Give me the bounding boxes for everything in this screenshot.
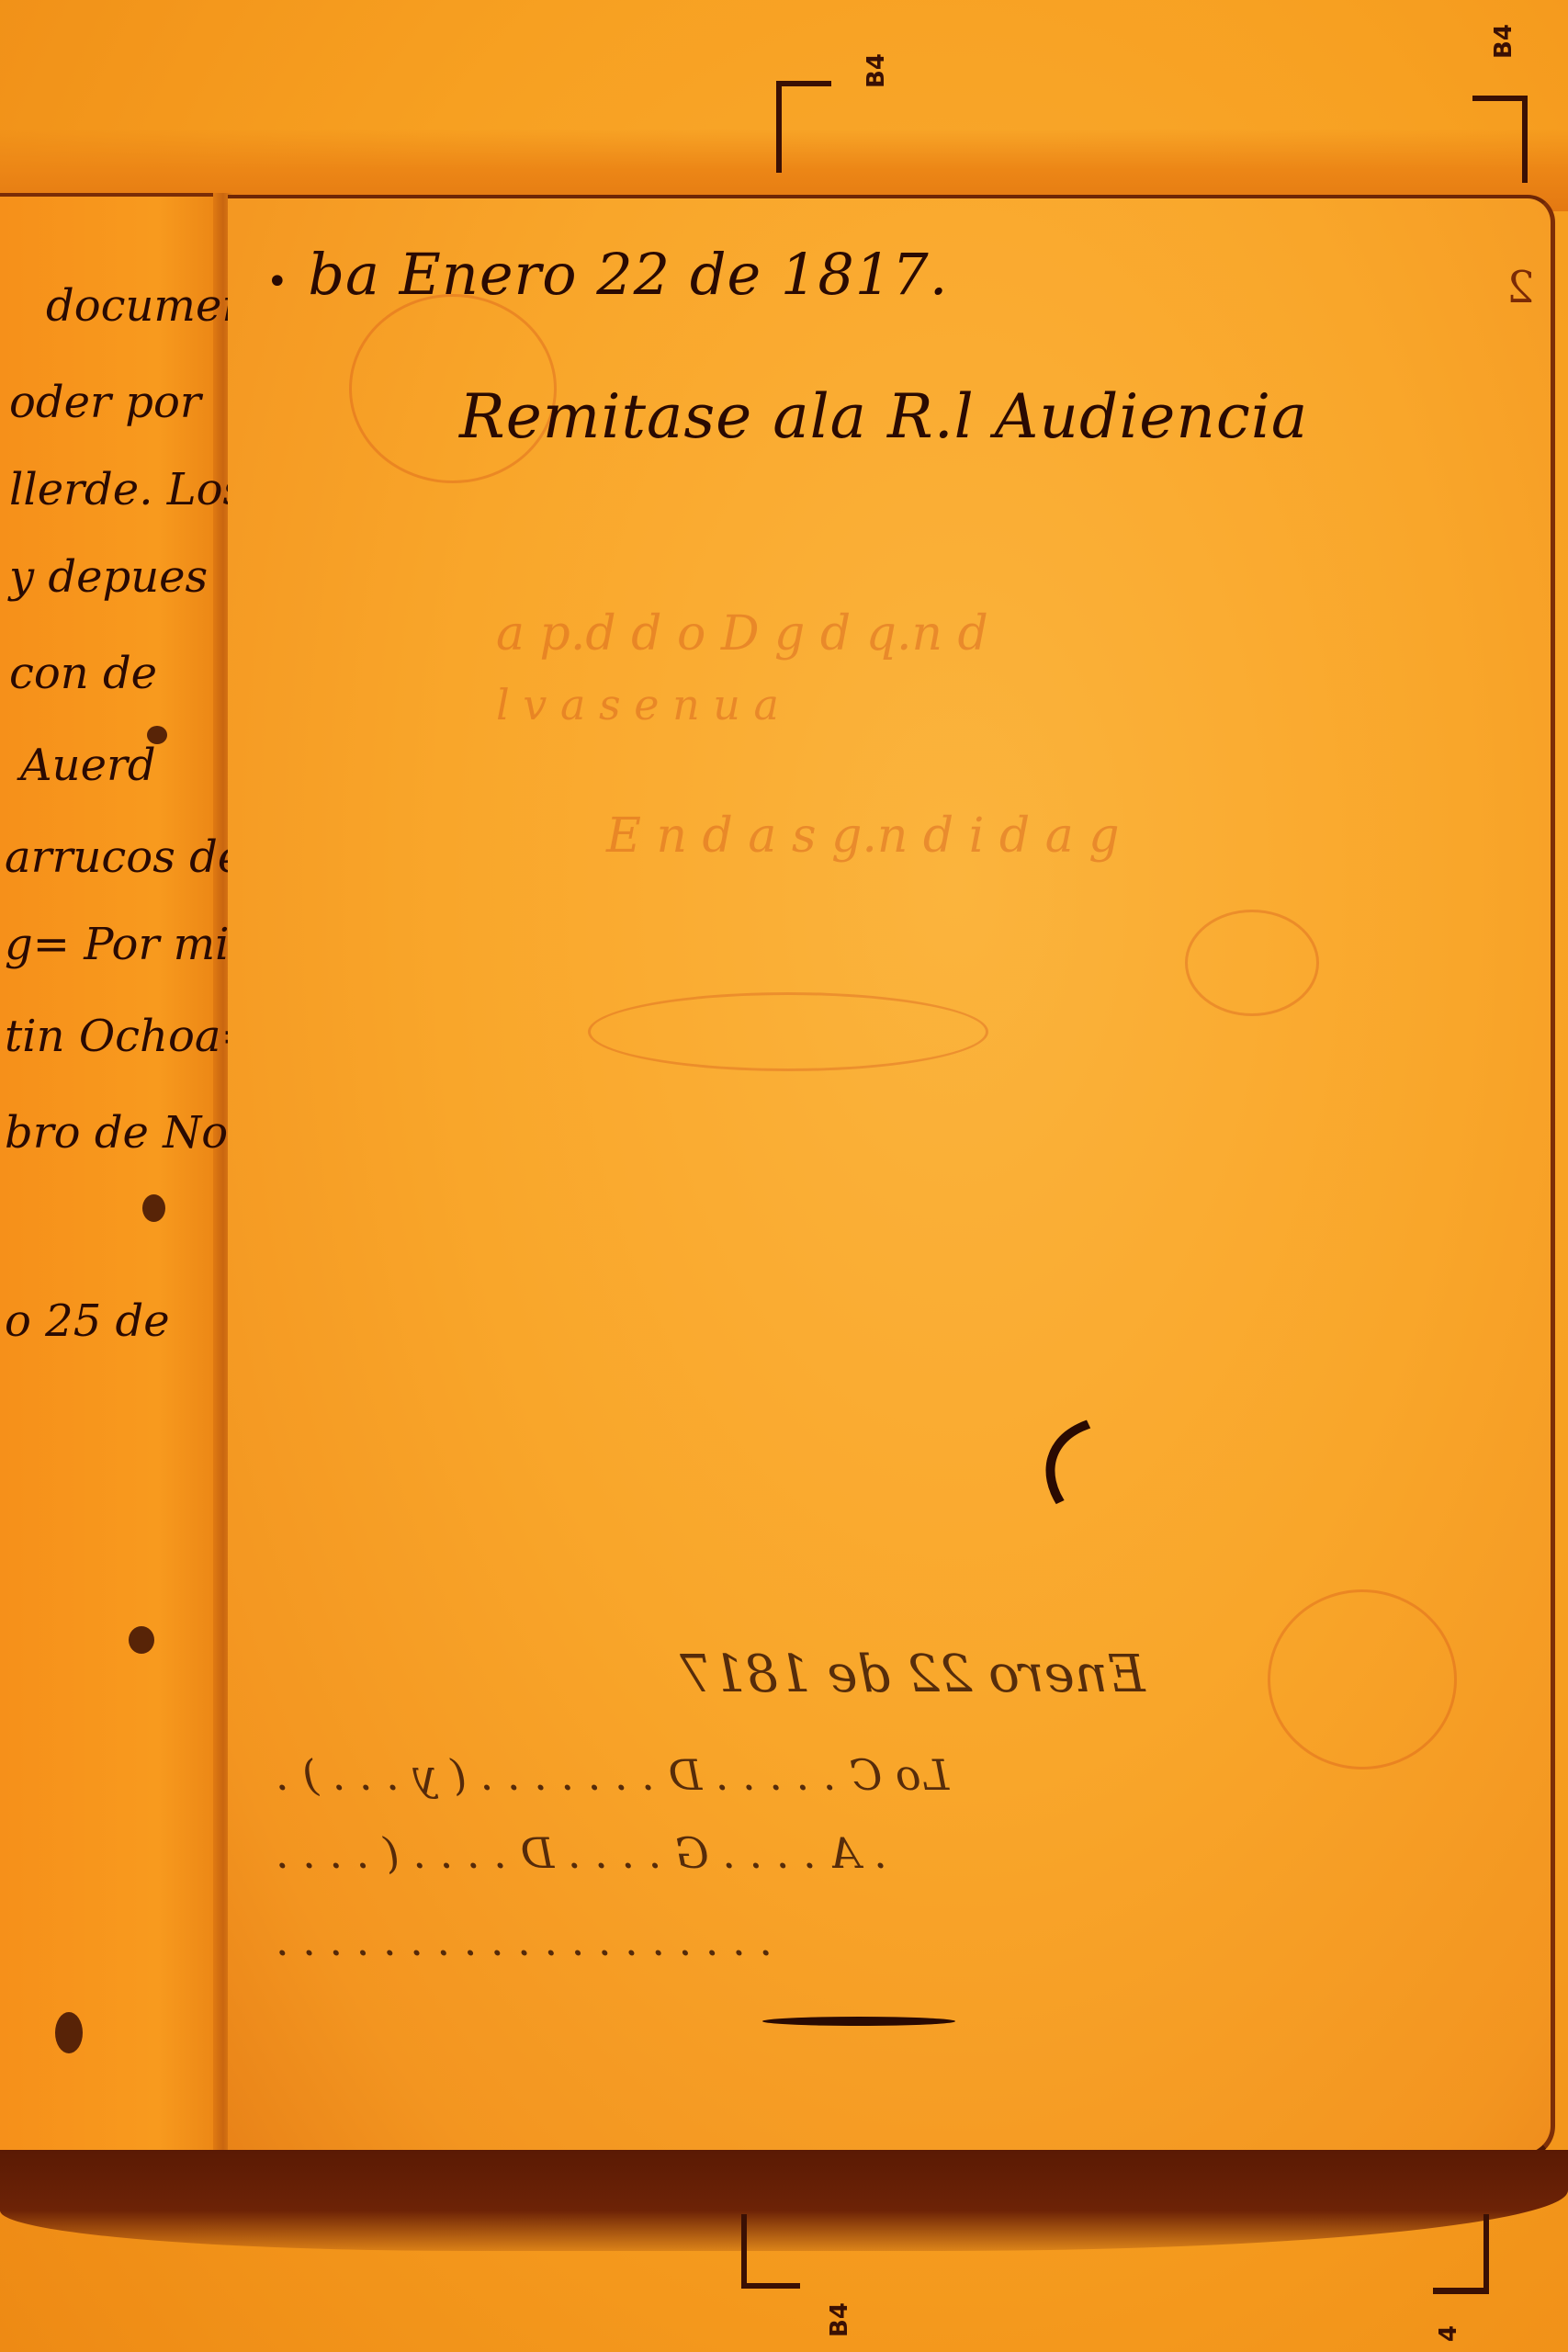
faded-flourish <box>588 992 988 1071</box>
faded-line-2: l v a s e n u a <box>496 680 779 729</box>
ink-blot <box>147 726 167 744</box>
left-margin-line-9: tin Ochoa= <box>5 1011 258 1062</box>
crop-label-top-right: B4 <box>1490 24 1517 59</box>
crop-label-bottom-left: B4 <box>826 2302 853 2337</box>
faded-flourish <box>1268 1589 1457 1770</box>
crop-mark-top-left-v <box>776 81 782 173</box>
left-margin-line-5: con de <box>9 648 157 699</box>
crop-label-top-left: B4 <box>863 53 890 88</box>
crop-mark-top-right-v <box>1522 96 1528 183</box>
left-margin-line-10: bro de No- <box>5 1107 243 1159</box>
crop-mark-bottom-left-v <box>741 2214 747 2288</box>
bleedthrough-line-3: . . . . . . . . . . . . . . . . . . . <box>276 1916 773 1965</box>
left-margin-line-7: arrucos del <box>5 831 258 883</box>
bleedthrough-line-1: Lo C . . . . . D . . . . . . . ( y . . .… <box>276 1750 949 1800</box>
page-number-bleedthrough: 2 <box>1506 262 1535 313</box>
left-margin-line-3: llerde. Los <box>9 464 245 515</box>
crop-mark-bottom-right-h <box>1433 2288 1489 2294</box>
ink-blot <box>55 2012 83 2053</box>
left-margin-line-4: y depues <box>9 551 208 603</box>
left-margin-line-8: g= Por mi <box>5 919 230 970</box>
bleedthrough-line-2: . A . . . . G . . . . D . . . . ( . . . … <box>276 1828 887 1878</box>
date-line: • ba Enero 22 de 1817. <box>266 241 948 308</box>
faded-flourish <box>1185 910 1319 1016</box>
faded-line-1: a p.d d o D g d q.n d <box>496 606 988 661</box>
ink-blot <box>129 1626 154 1654</box>
bleedthrough-date: Enero 22 de 1817 <box>680 1645 1145 1704</box>
page-bottom-shadow <box>0 2150 1568 2251</box>
crop-mark-bottom-left-h <box>741 2283 800 2289</box>
remit-line: Remitase ala R.l Audiencia <box>459 381 1308 452</box>
crop-label-bottom-right: 4 <box>1435 2325 1462 2342</box>
bleedthrough-rule <box>762 2017 955 2026</box>
left-margin-line-2: oder por <box>9 377 201 428</box>
ink-blot <box>142 1194 165 1222</box>
bullet-mark: • <box>266 261 289 303</box>
faded-line-3: E n d a s g.n d i d a g <box>606 808 1120 864</box>
left-margin-line-11: o 25 de <box>5 1295 170 1347</box>
crop-mark-top-left-h <box>776 81 831 86</box>
date-text: ba Enero 22 de 1817. <box>308 241 948 308</box>
crop-mark-top-right-h <box>1472 96 1528 101</box>
left-margin-line-6: Auerd <box>20 740 156 791</box>
crop-mark-bottom-right-v <box>1483 2214 1489 2292</box>
